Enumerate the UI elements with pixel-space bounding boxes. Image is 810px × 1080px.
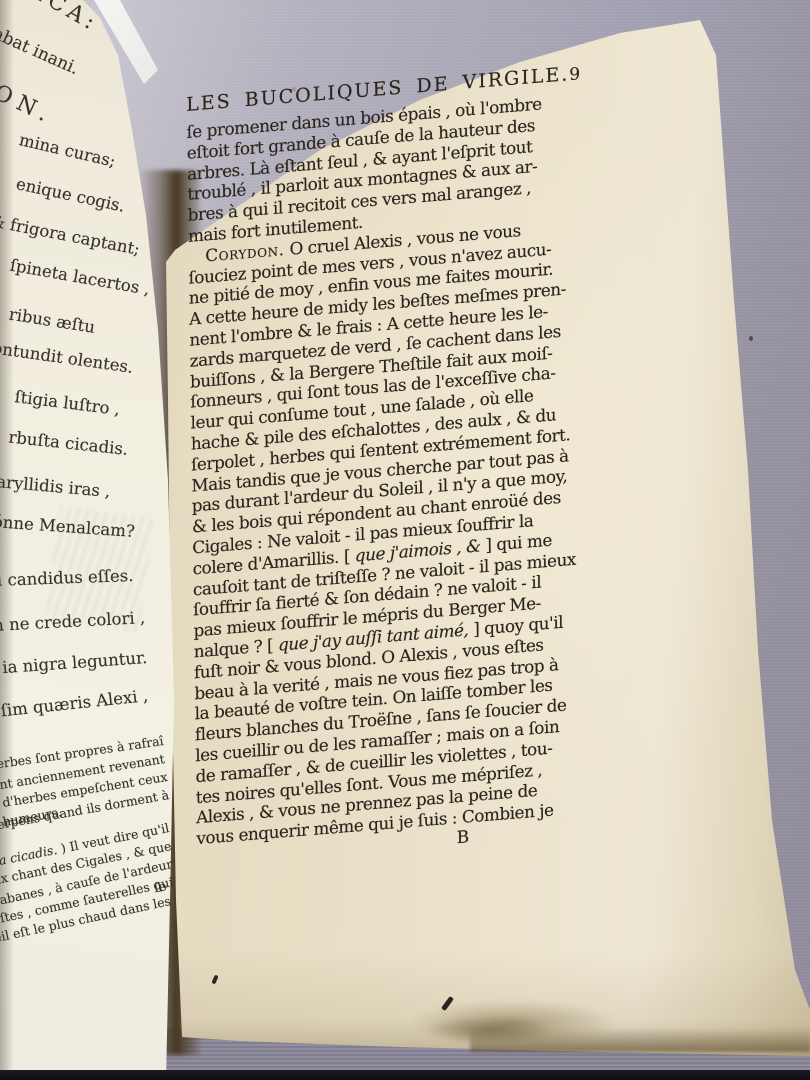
- text-segment: mina curas;: [17, 130, 117, 171]
- left-page-line: ſim quæris Alexi ,: [0, 686, 149, 720]
- left-page-line: ſe: [153, 879, 168, 896]
- text-segment: rbuſta cicadis.: [8, 428, 129, 459]
- text-segment: contundit olentes.: [0, 337, 134, 377]
- text-segment: ia nigra leguntur.: [1, 648, 147, 677]
- left-page-line: ON.: [0, 80, 58, 130]
- text-segment: m ne crede colori ,: [0, 608, 145, 635]
- body-text: ſe promener dans un bois épais , où l'om…: [186, 91, 586, 849]
- left-page-line: aryllidis iras ,: [0, 472, 111, 501]
- left-page-line: m ne crede colori ,: [0, 608, 145, 635]
- left-page-line: & frigora captant;: [0, 211, 142, 259]
- left-page-line: enique cogis.: [15, 174, 127, 216]
- page-number: 9: [569, 64, 580, 85]
- left-page-line: mina curas;: [17, 130, 117, 171]
- left-page-line: abat inani.: [0, 24, 82, 80]
- text-segment: ſe: [153, 879, 168, 896]
- left-page-line: nónne Menalcam?: [0, 511, 136, 541]
- text-segment: nónne Menalcam?: [0, 511, 136, 541]
- left-page-line: ia nigra leguntur.: [1, 648, 147, 677]
- photo-open-antique-book: LES BUCOLIQUES DE VIRGILE. 9 ſe promener…: [0, 0, 810, 1080]
- left-page-line: ribus æſtu: [8, 305, 97, 337]
- text-segment: abat inani.: [0, 24, 82, 80]
- text-segment: tu candidus eſſes.: [0, 566, 133, 590]
- text-segment: & frigora captant;: [0, 211, 142, 259]
- photo-bottom-edge: [0, 1070, 810, 1080]
- text-segment: ribus æſtu: [8, 305, 97, 337]
- left-page-line: ſtigia luſtro ,: [14, 387, 121, 419]
- text-segment: ON.: [0, 80, 58, 130]
- text-segment: ſim quæris Alexi ,: [0, 686, 149, 720]
- left-page-line: ſpineta lacertos ,: [9, 256, 152, 299]
- fabric-fleck: [749, 336, 753, 341]
- text-segment: aryllidis iras ,: [0, 472, 111, 501]
- left-page-text-block: COLICA:abat inani.ON.mina curas;enique c…: [0, 0, 175, 1080]
- text-segment: ſtigia luſtro ,: [14, 387, 121, 419]
- left-page-line: contundit olentes.: [0, 337, 134, 377]
- text-segment: enique cogis.: [15, 174, 127, 216]
- text-segment: ſpineta lacertos ,: [9, 256, 152, 299]
- right-page-text-block: LES BUCOLIQUES DE VIRGILE. 9 ſe promener…: [186, 63, 587, 870]
- left-page-line: rbuſta cicadis.: [8, 428, 129, 459]
- bottom-edge-grime: [470, 1028, 810, 1052]
- left-page-line: tu candidus eſſes.: [0, 566, 133, 590]
